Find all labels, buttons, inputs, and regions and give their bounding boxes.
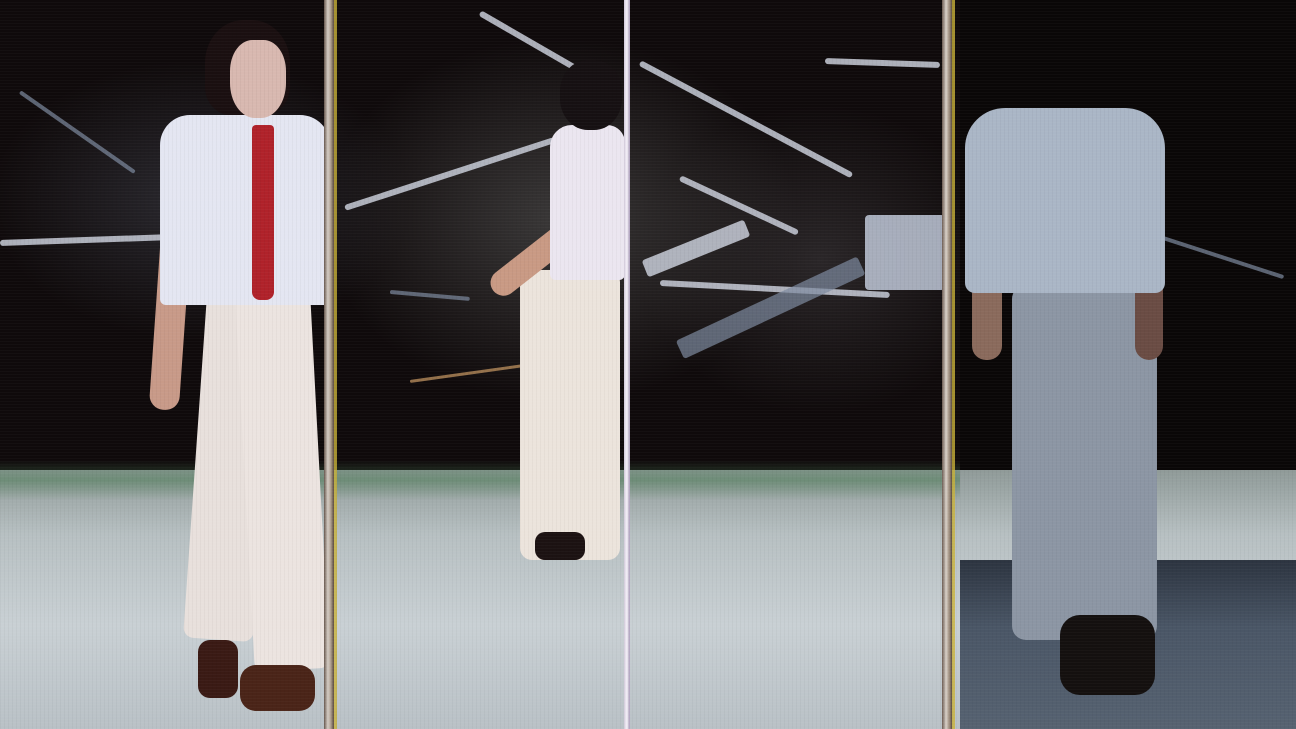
figure-1-face bbox=[230, 40, 286, 118]
figure-1-red-tie bbox=[252, 125, 274, 300]
figure-1-shirt bbox=[160, 115, 330, 305]
figure-2-trousers bbox=[520, 270, 620, 560]
film-still bbox=[0, 0, 1296, 729]
figure-3-shirt bbox=[965, 108, 1165, 293]
figure-2-shoe bbox=[535, 532, 585, 560]
grass-patch bbox=[0, 460, 960, 500]
figure-3-shoe bbox=[1060, 615, 1155, 695]
figure-2-hair bbox=[560, 60, 622, 130]
figure-2-shirt bbox=[550, 125, 625, 280]
figure-1-shoe bbox=[240, 665, 315, 711]
film-splice-line bbox=[324, 0, 334, 729]
film-splice-line bbox=[624, 0, 630, 729]
film-splice-line bbox=[942, 0, 952, 729]
figure-1-shoe bbox=[198, 640, 238, 698]
scrap-pole bbox=[865, 215, 945, 290]
